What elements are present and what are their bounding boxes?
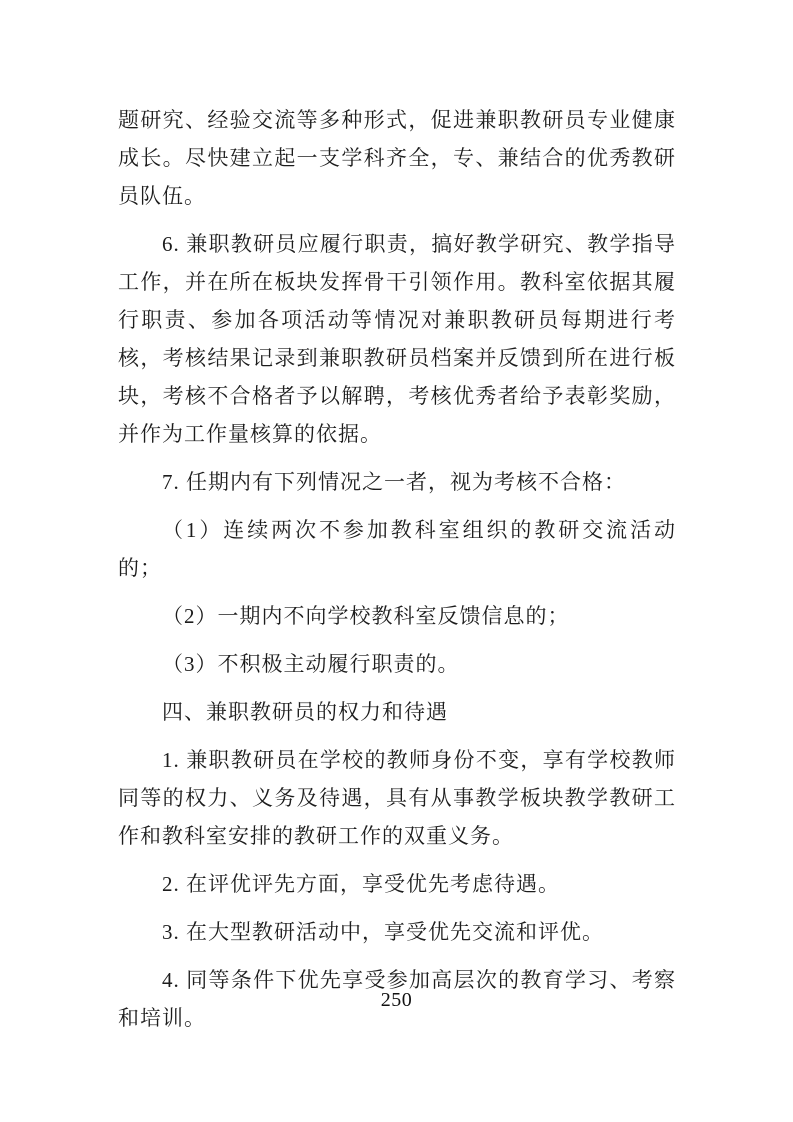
paragraph: 3. 在大型教研活动中，享受优先交流和评优。 bbox=[118, 913, 676, 951]
page-footer: 250 bbox=[0, 988, 793, 1012]
paragraph: 四、兼职教研员的权力和待遇 bbox=[118, 693, 676, 731]
page-number: 250 bbox=[381, 989, 413, 1011]
paragraph: 6. 兼职教研员应履行职责，搞好教学研究、教学指导工作，并在所在板块发挥骨干引领… bbox=[118, 225, 676, 453]
paragraph: （3）不积极主动履行职责的。 bbox=[118, 645, 676, 683]
document-page: 题研究、经验交流等多种形式，促进兼职教研员专业健康成长。尽快建立起一支学科齐全，… bbox=[0, 0, 793, 1122]
paragraph: （2）一期内不向学校教科室反馈信息的； bbox=[118, 597, 676, 635]
paragraph: 2. 在评优评先方面，享受优先考虑待遇。 bbox=[118, 865, 676, 903]
paragraph: 1. 兼职教研员在学校的教师身份不变，享有学校教师同等的权力、义务及待遇，具有从… bbox=[118, 741, 676, 855]
paragraph: 7. 任期内有下列情况之一者，视为考核不合格： bbox=[118, 463, 676, 501]
paragraph: 题研究、经验交流等多种形式，促进兼职教研员专业健康成长。尽快建立起一支学科齐全，… bbox=[118, 101, 676, 215]
paragraph: （1）连续两次不参加教科室组织的教研交流活动的； bbox=[118, 511, 676, 587]
document-body: 题研究、经验交流等多种形式，促进兼职教研员专业健康成长。尽快建立起一支学科齐全，… bbox=[118, 101, 676, 1047]
